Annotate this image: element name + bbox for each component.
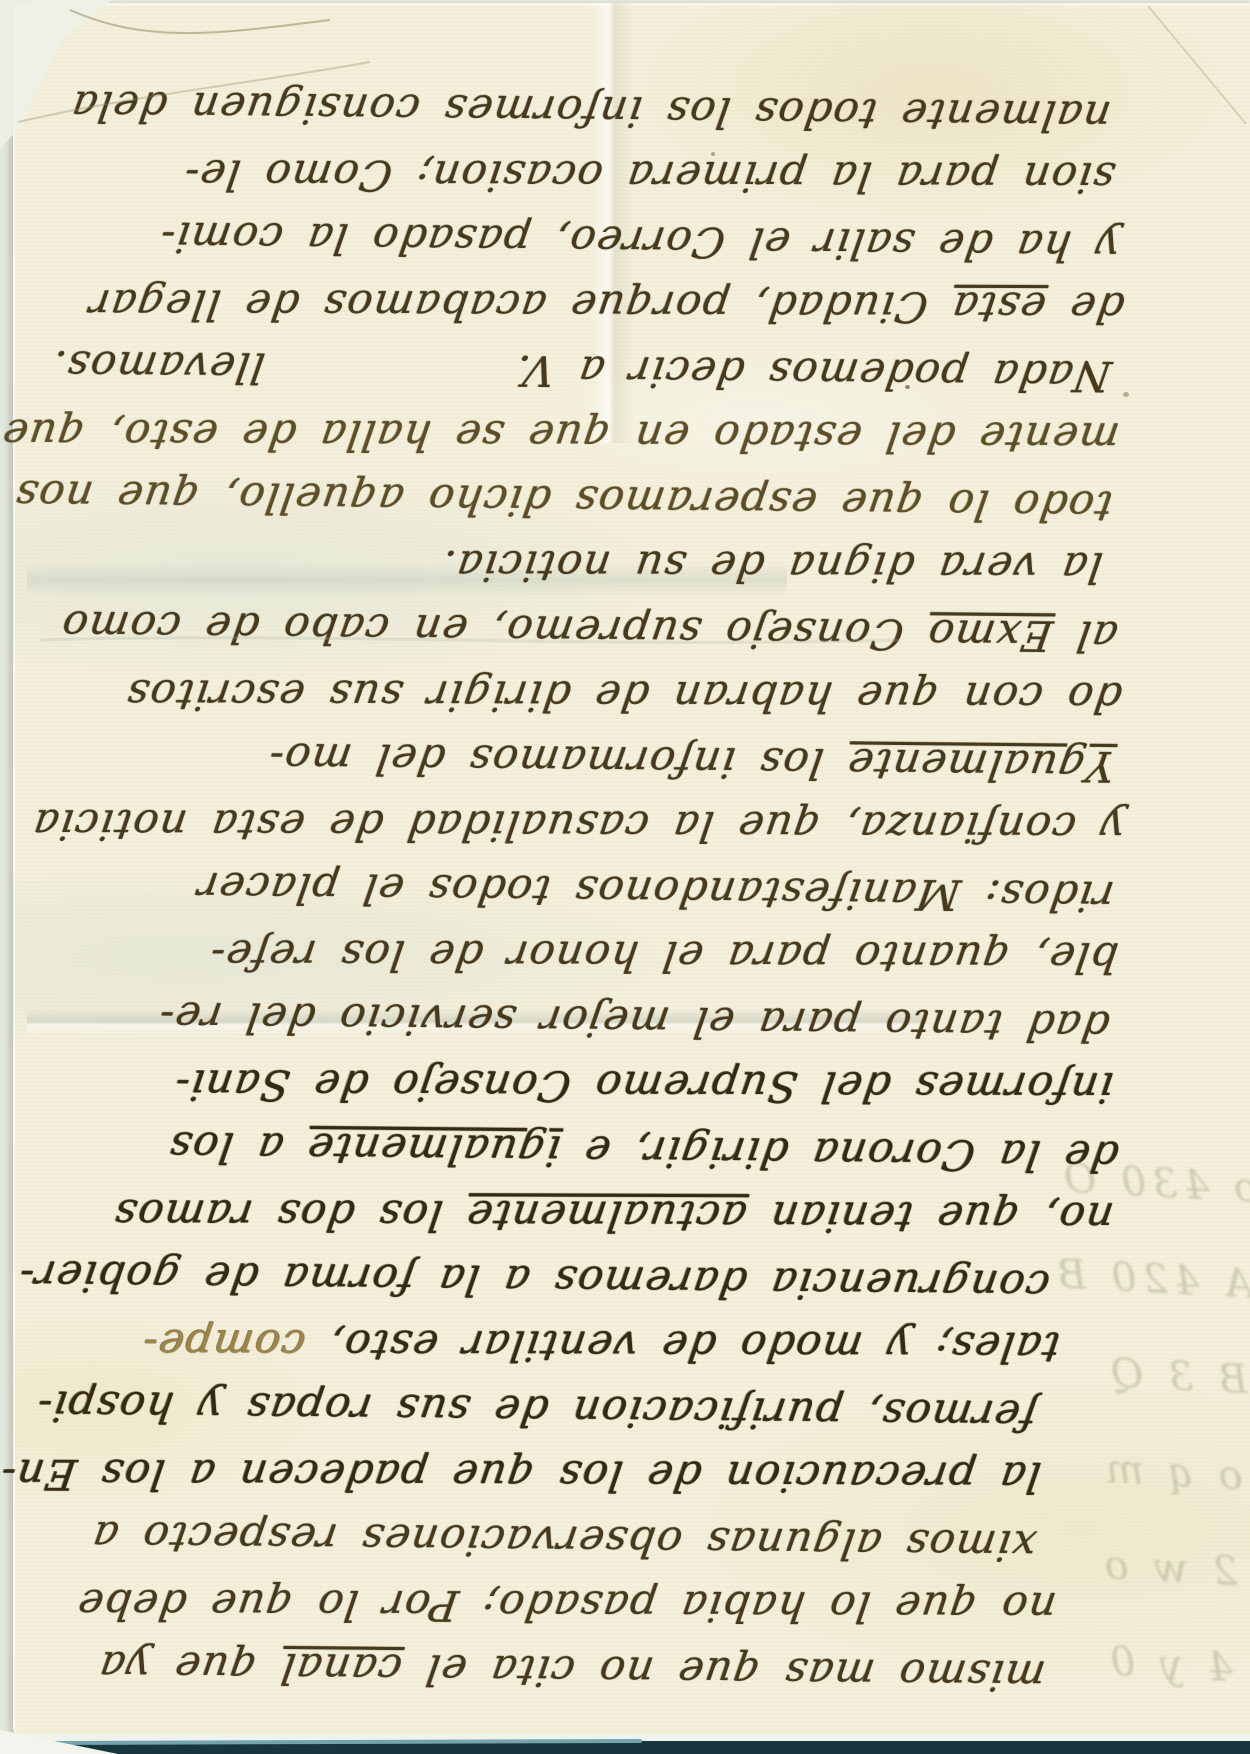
ink-speck (905, 385, 910, 389)
ink-speck (1123, 392, 1129, 397)
manuscript-line: fermos, purificacion de sus ropas y hosp… (22, 1373, 1041, 1448)
manuscript-line: y confianza, que la casualidad de esta n… (25, 792, 1129, 860)
manuscript-line: y ha de salir el Correo, pasado la comi- (29, 203, 1124, 279)
manuscript-line: la precaucion de los que padecen a los E… (21, 1442, 1045, 1510)
manuscript-line: ridos: Manifestandonos todos el placer (25, 853, 1118, 929)
manuscript-line: congruencia daremos a la forma de gobier… (23, 1243, 1054, 1318)
manuscript-line: todo lo que esperamos dicho aquello, que… (28, 463, 1117, 539)
manuscript-line: ble, quanto para el honor de los refe- (25, 922, 1123, 990)
manuscript-line: dad tanto para el mejor servicio del re- (25, 983, 1114, 1059)
manuscript-line: sion para la primera ocasion; Como le- (29, 142, 1119, 210)
handwriting-block: mismo mas que no cita el canal que ya no… (25, 46, 1225, 1707)
manuscript-line: de la Corona dirigir, e igualmente a los (24, 1113, 1123, 1189)
manuscript-line: ximos algunas observaciones respecto a (21, 1503, 1040, 1578)
manuscript-line: mismo mas que no cita el canal que ya (21, 1633, 1050, 1708)
ink-speck (711, 152, 715, 156)
manuscript-line: do con que habran de dirigir sus escrito… (26, 662, 1126, 730)
manuscript-line: al Exmo Consejo supremo, en cabo de como (27, 593, 1122, 669)
manuscript-line: la vera digna de su noticia. (27, 532, 1107, 600)
manuscript-line: Ygualmente los informamos del mo- (26, 723, 1119, 799)
manuscript-line: mente del estado en que se halla de esto… (28, 402, 1124, 470)
manuscript-line: Nada podemos decir a V.llevamos. (47, 333, 1116, 408)
manuscript-line: no, que tenian actualmente los dos ramos (23, 1182, 1118, 1250)
manuscript-line: informes del Supremo Consejo de Sani- (24, 1052, 1118, 1120)
manuscript-line: no que lo habia pasado; Por lo que debe (21, 1572, 1061, 1640)
manuscript-line: nalmente todos los informes consiguen de… (30, 73, 1115, 149)
scanned-letter-page: { "document": { "kind": "handwritten let… (0, 0, 1250, 1754)
manuscript-line: de esta Ciudad, porque acabamos de llega… (29, 272, 1129, 340)
manuscript-line: tales; y modo de ventilar esto, compe- (22, 1312, 1064, 1380)
